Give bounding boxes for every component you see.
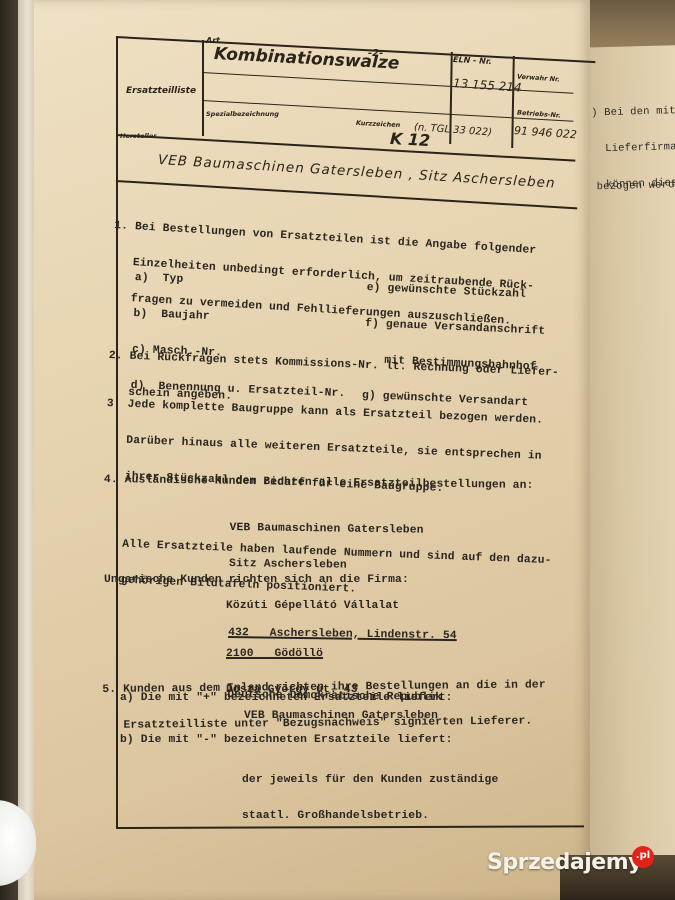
section-5a: a) Die mit "+" bezeichneten Ersatzteile …: [120, 692, 453, 704]
parts-list-form: Ersatzteilliste Art Kombinationswalze -2…: [80, 34, 580, 834]
list-item: b) Baujahr: [133, 308, 348, 328]
betriebs-value: 91 946 022: [514, 124, 578, 141]
watermark-logo: Sprzedajemy: [487, 850, 642, 875]
section-5b-value: der jeweils für den Kunden zuständige st…: [242, 750, 498, 846]
part-suffix: -2-: [368, 48, 383, 59]
special-designation-label: Spezialbezeichnung: [206, 110, 279, 118]
page-binding-edge: [18, 0, 34, 900]
short-code-label: Kurzzeichen: [356, 119, 401, 129]
list-item: e) gewünschte Stückzahl: [366, 282, 547, 302]
short-code-value: K 12: [390, 129, 431, 150]
section-3-line: 3. Jede komplette Baugruppe kann als Ers…: [107, 398, 558, 427]
right-line: Lieferfirma a: [586, 141, 675, 156]
section-5b-line: der jeweils für den Kunden zuständige: [242, 774, 498, 786]
form-type-label: Ersatzteilliste: [126, 86, 196, 96]
section-2-line: 2. Bei Rückfragen stets Kommissions-Nr. …: [109, 350, 560, 379]
address-line: Sitz Aschersleben: [229, 558, 458, 573]
section-5b-line: staatl. Großhandelsbetrieb.: [242, 810, 498, 822]
right-page-text-c: c) Bei den mit " Lieferfirma a können di…: [584, 81, 675, 216]
address-line: VEB Baumaschinen Gatersleben: [229, 522, 458, 537]
manufacturer-label: Hersteller: [120, 132, 157, 140]
header-divider-1: [202, 40, 204, 136]
list-item: f) genaue Versandanschrift: [365, 318, 546, 338]
list-item: a) Typ: [135, 272, 350, 292]
section-5b: b) Die mit "-" bezeichneten Ersatzteile …: [120, 734, 453, 746]
section-3-line: Darüber hinaus alle weiteren Ersatzteile…: [105, 434, 556, 463]
hungary-intro: Ungarische Kunden richten sich an die Fi…: [104, 574, 409, 586]
address-hungary-name: Közúti Gépellátó Vállalat: [226, 600, 399, 612]
right-line: c) Bei den mit ": [585, 105, 675, 120]
section-5a-value: VEB Baumaschinen Gatersleben: [244, 710, 438, 722]
verwahr-label: Verwahr Nr.: [517, 73, 560, 84]
eln-label: ELN - Nr.: [453, 55, 492, 66]
watermark-badge: .pl: [632, 846, 654, 868]
right-page-text-bottom: bezogen werd: [596, 179, 674, 193]
background-left-edge: [0, 0, 18, 900]
